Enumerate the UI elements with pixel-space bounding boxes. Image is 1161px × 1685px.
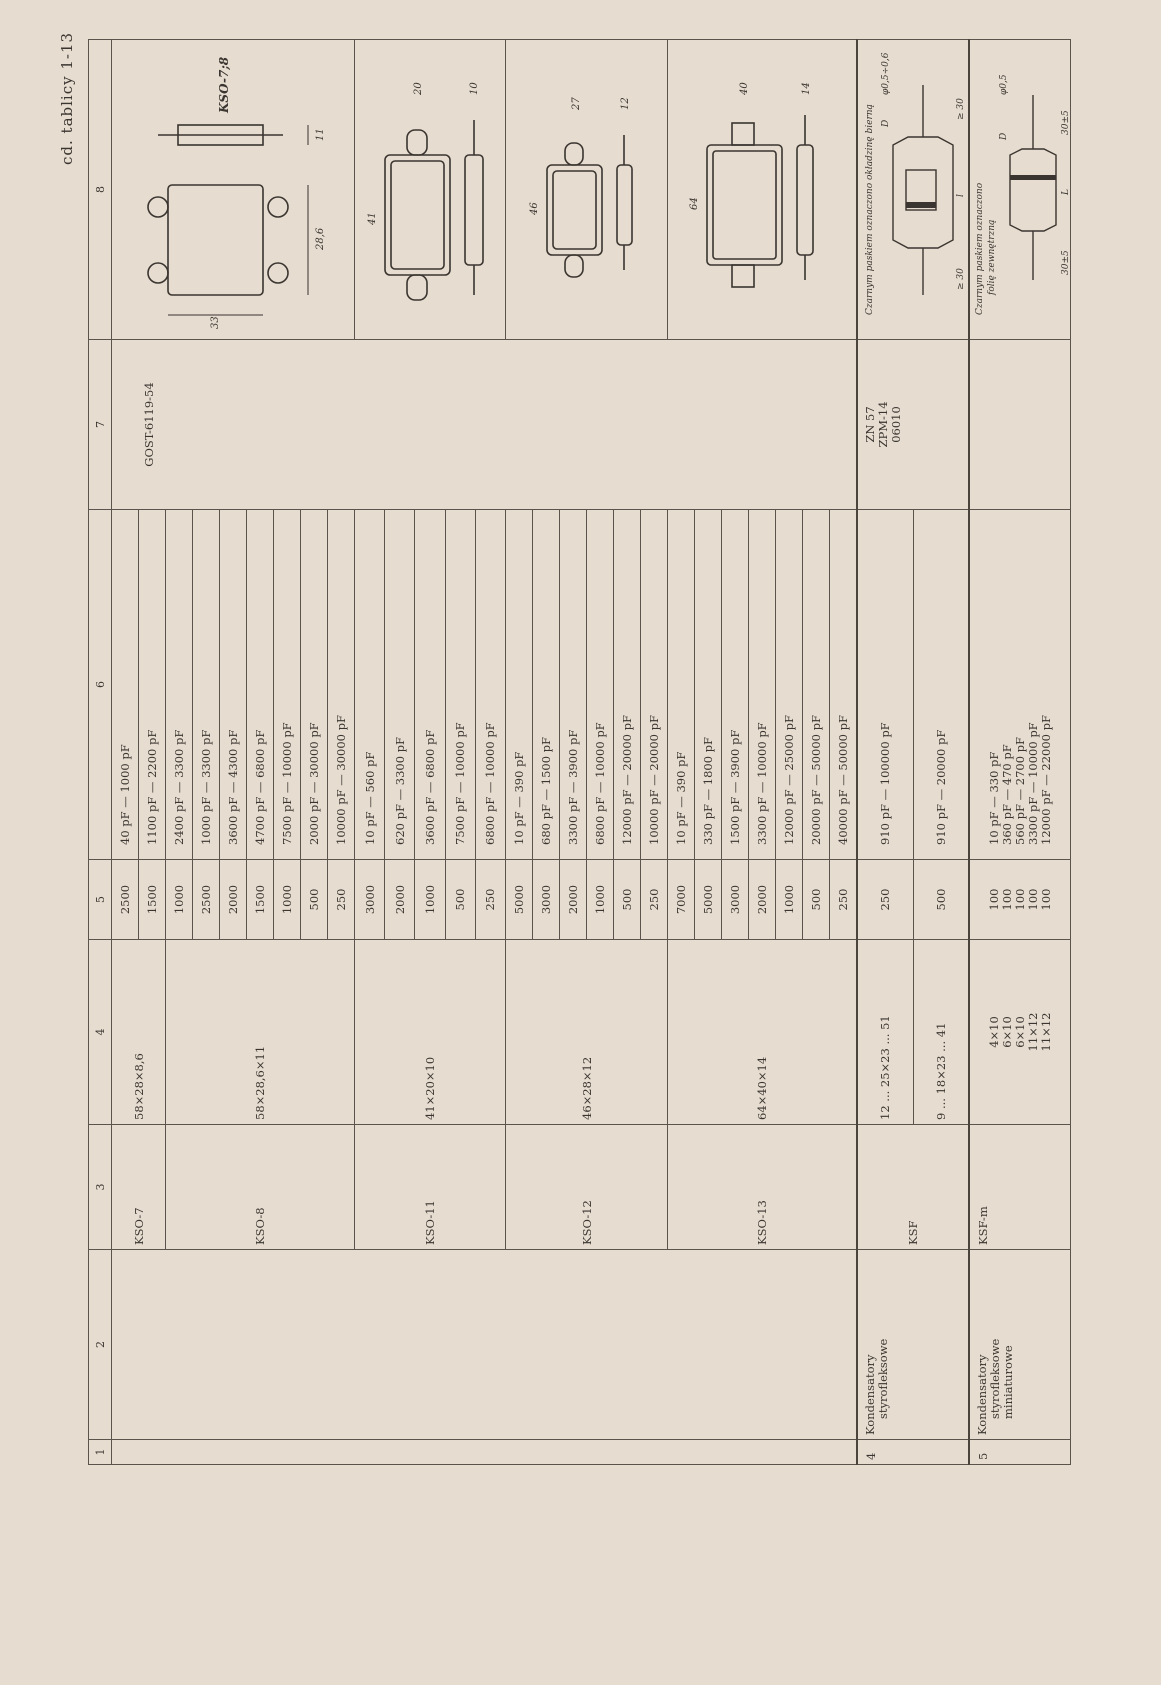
col-header-3: 3 [89, 1125, 112, 1250]
col-header-4: 4 [89, 940, 112, 1125]
svg-text:φ0,5: φ0,5 [999, 74, 1009, 95]
header-row: 1 2 3 4 5 6 7 8 [89, 40, 112, 1465]
kso7-drawing-icon: 28,6 33 11 KSO-7;8 [118, 45, 348, 335]
standard-cell: ZN 57 ZPM-14 06010 [857, 340, 969, 510]
drawing-kso13: 64 40 14 [668, 40, 858, 340]
drawing-kso12: 46 27 12 [506, 40, 668, 340]
table-caption: cd. tablicy 1-13 [58, 32, 76, 165]
col-header-6: 6 [89, 510, 112, 860]
rotated-page: cd. tablicy 1-13 1 2 3 4 5 6 7 8 KSO-7 5… [0, 0, 1161, 1685]
capacitor-table: 1 2 3 4 5 6 7 8 KSO-7 58×28×8,6 2500 40 … [88, 39, 1071, 1465]
dims-cell: 64×40×14 [668, 940, 858, 1125]
svg-text:10: 10 [469, 82, 480, 95]
col-header-1: 1 [89, 1440, 112, 1465]
group-name: Kondensatory styrofleksowe miniaturowe [969, 1250, 1071, 1440]
dims-cell: 4×10 6×10 6×10 11×12 11×12 [969, 940, 1071, 1125]
type-cell: KSO-7 [112, 1125, 166, 1250]
svg-text:20: 20 [413, 82, 424, 96]
svg-text:14: 14 [801, 82, 812, 95]
group-number: 5 [969, 1440, 1071, 1465]
kso13-drawing-icon: 64 40 14 [677, 45, 847, 335]
svg-text:L: L [1061, 189, 1070, 196]
svg-text:D: D [881, 120, 891, 128]
svg-text:≥ 30: ≥ 30 [956, 98, 966, 120]
kso11-drawing-icon: 41 20 10 [355, 45, 505, 335]
drawing-ksf: Czarnym paskiem oznaczono okładzinę bier… [857, 40, 969, 340]
col-header-2: 2 [89, 1250, 112, 1440]
group-name: Kondensatory styrofleksowe [857, 1250, 969, 1440]
dims-cell: 46×28×12 [506, 940, 668, 1125]
drawing-ksf-m: Czarnym paskiem oznaczono folię zewnętrz… [969, 40, 1071, 340]
svg-text:12: 12 [620, 97, 631, 110]
svg-text:33: 33 [210, 316, 221, 329]
dims-cell: 41×20×10 [355, 940, 506, 1125]
svg-text:φ0,5÷0,6: φ0,5÷0,6 [881, 52, 891, 95]
svg-text:40: 40 [739, 82, 750, 96]
col-header-5: 5 [89, 860, 112, 940]
type-cell: KSF-m [969, 1125, 1071, 1250]
dims-cell: 58×28×8,6 [112, 940, 166, 1125]
svg-text:30±5: 30±5 [1061, 110, 1070, 135]
svg-text:64: 64 [689, 197, 700, 210]
svg-text:Czarnym paskiem oznaczono: Czarnym paskiem oznaczono [975, 182, 985, 315]
drawing-kso7: 28,6 33 11 KSO-7;8 [112, 40, 355, 340]
svg-text:28,6: 28,6 [315, 227, 326, 251]
svg-text:27: 27 [571, 97, 582, 111]
svg-text:≥ 30: ≥ 30 [956, 268, 966, 290]
dims-cell: 58×28,6×11 [166, 940, 355, 1125]
kso12-drawing-icon: 46 27 12 [517, 45, 657, 335]
type-cell: KSO-8 [166, 1125, 355, 1250]
table-row: KSO-7 58×28×8,6 2500 40 pF — 1000 pF GOS… [112, 40, 139, 1465]
col-header-7: 7 [89, 340, 112, 510]
type-cell: KSO-11 [355, 1125, 506, 1250]
type-cell: KSO-12 [506, 1125, 668, 1250]
svg-text:folię zewnętrzną: folię zewnętrzną [987, 220, 997, 296]
standard-cell: GOST-6119-54 [112, 340, 858, 510]
svg-text:l: l [956, 194, 966, 197]
svg-text:D: D [999, 133, 1009, 141]
ksf-drawing-icon: Czarnym paskiem oznaczono okładzinę bier… [858, 45, 968, 335]
type-cell: KSF [857, 1125, 969, 1250]
ksf-m-drawing-icon: Czarnym paskiem oznaczono folię zewnętrz… [970, 45, 1070, 335]
svg-text:41: 41 [367, 212, 378, 226]
dims-cell: 12 ... 25×23 ... 51 [857, 940, 913, 1125]
svg-text:KSO-7;8: KSO-7;8 [217, 56, 231, 114]
dims-cell: 9 ... 18×23 ... 41 [913, 940, 969, 1125]
col-header-8: 8 [89, 40, 112, 340]
table-row: 5 Kondensatory styrofleksowe miniaturowe… [969, 40, 1071, 1465]
type-cell: KSO-13 [668, 1125, 858, 1250]
drawing-kso11: 41 20 10 [355, 40, 506, 340]
svg-text:11: 11 [315, 128, 326, 141]
group-number: 4 [857, 1440, 969, 1465]
table-row: 4 Kondensatory styrofleksowe KSF 12 ... … [857, 40, 913, 1465]
svg-text:Czarnym paskiem oznaczono okła: Czarnym paskiem oznaczono okładzinę bier… [865, 104, 875, 315]
svg-text:46: 46 [529, 202, 540, 216]
svg-text:30±5: 30±5 [1061, 250, 1070, 275]
